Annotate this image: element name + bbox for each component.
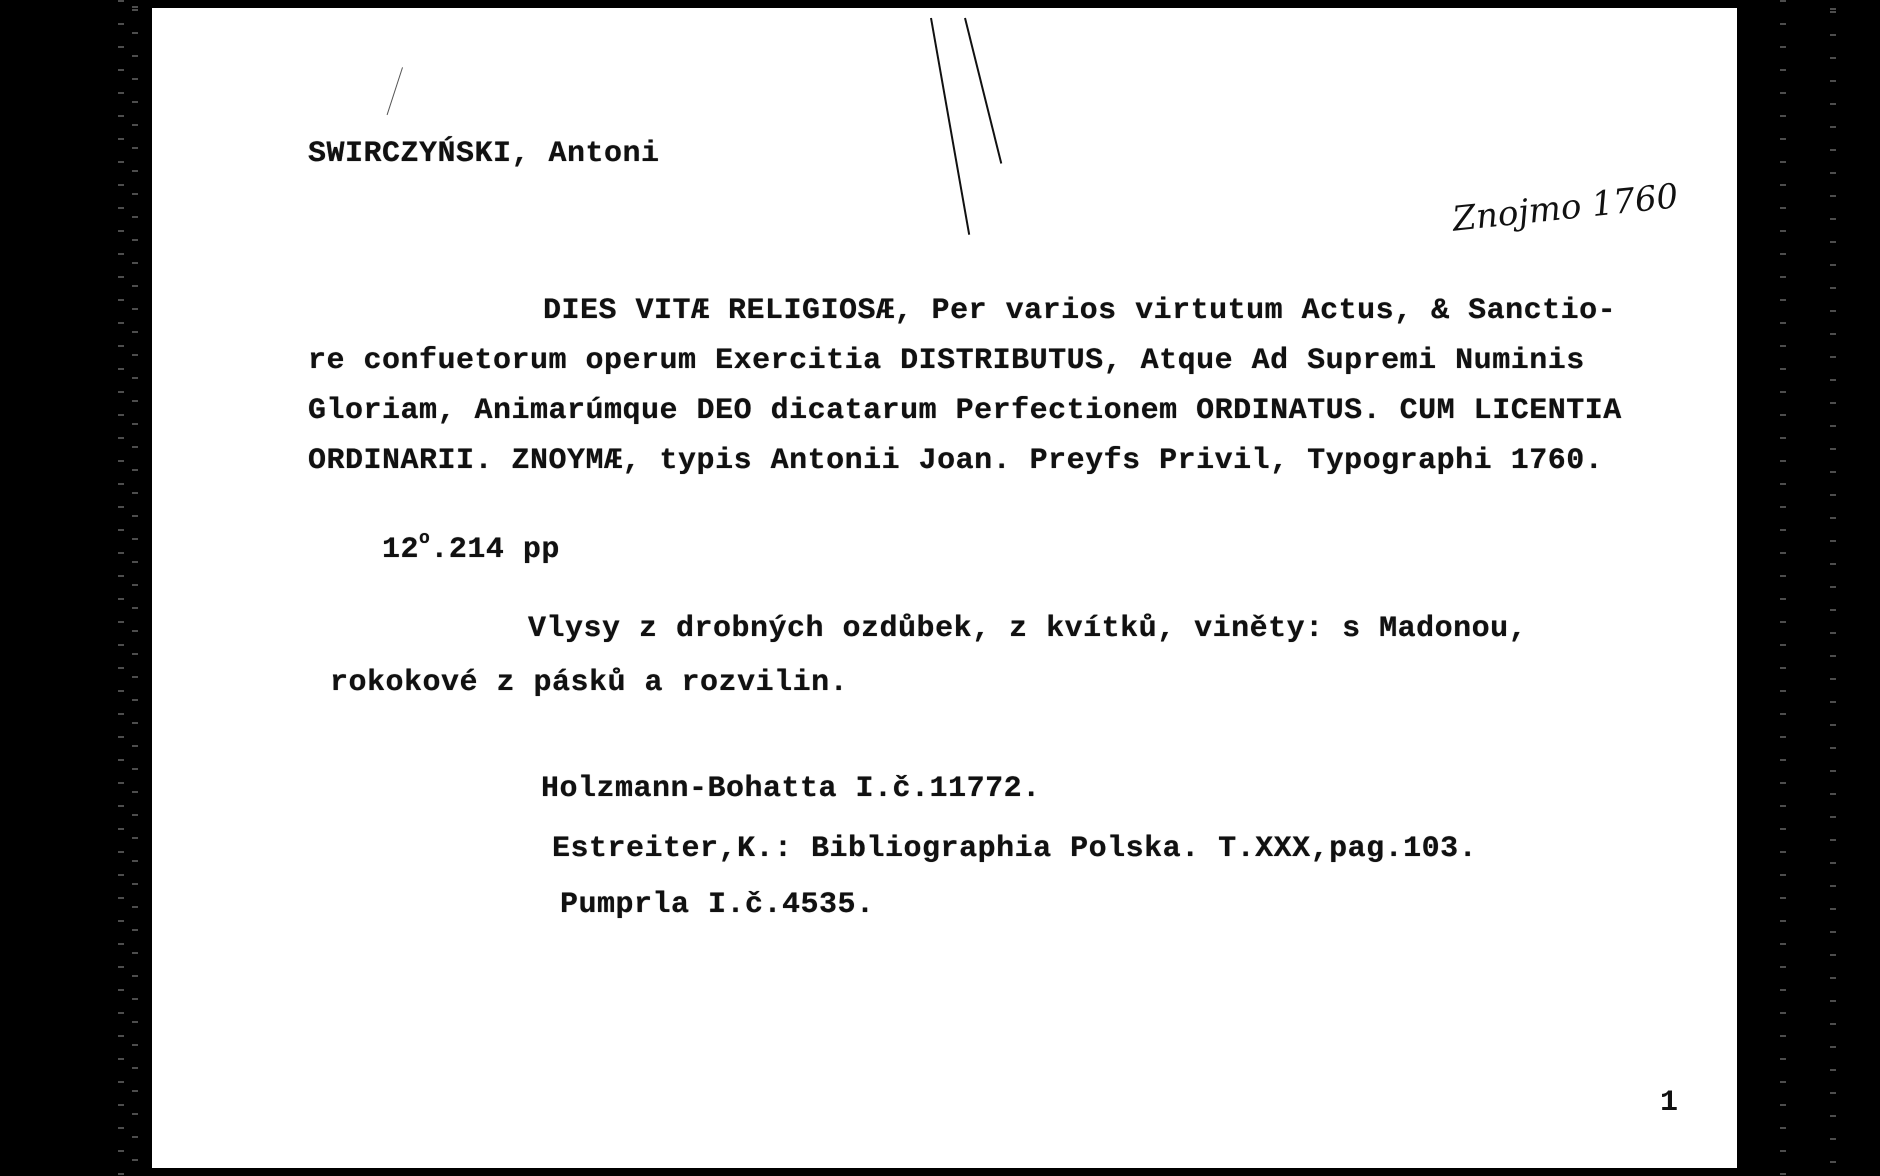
title-line-1: DIES VITÆ RELIGIOSÆ, Per varios virtutum… (543, 296, 1616, 326)
pencil-mark (387, 67, 415, 119)
description-line-1: Vlysy z drobných ozdůbek, z kvítků, vině… (528, 614, 1527, 644)
author-heading: SWIRCZYŃSKI, Antoni (308, 139, 660, 169)
catalog-card: SWIRCZYŃSKI, Antoni Znojmo 1760 DIES VIT… (152, 8, 1737, 1168)
staple-mark-right (964, 18, 1002, 164)
scan-border-speckle-right-2 (1830, 0, 1836, 1176)
format-size-superscript: o (419, 529, 430, 549)
reference-holzmann: Holzmann-Bohatta I.č.11772. (541, 774, 1041, 804)
title-line-2: re confuetorum operum Exercitia DISTRIBU… (308, 346, 1585, 376)
format-size: 12 (382, 533, 419, 567)
staple-mark-left (930, 18, 970, 235)
reference-pumprla: Pumprla I.č.4535. (560, 890, 875, 920)
format-pages: .214 pp (430, 533, 560, 567)
description-line-2: rokokové z pásků a rozvilin. (330, 668, 848, 698)
title-line-4: ORDINARII. ZNOYMÆ, typis Antonii Joan. P… (308, 446, 1603, 476)
format-line: 12o.214 pp (308, 500, 560, 595)
scan-border-speckle-left-2 (132, 0, 138, 1176)
scan-border-speckle-right (1780, 0, 1786, 1176)
handwritten-note: Znojmo 1760 (1451, 176, 1681, 239)
scan-border-speckle-left (118, 0, 124, 1176)
page-number: 1 (1660, 1086, 1678, 1120)
reference-estreiter: Estreiter,K.: Bibliographia Polska. T.XX… (552, 834, 1477, 864)
title-line-3: Gloriam, Animarúmque DEO dicatarum Perfe… (308, 396, 1622, 426)
